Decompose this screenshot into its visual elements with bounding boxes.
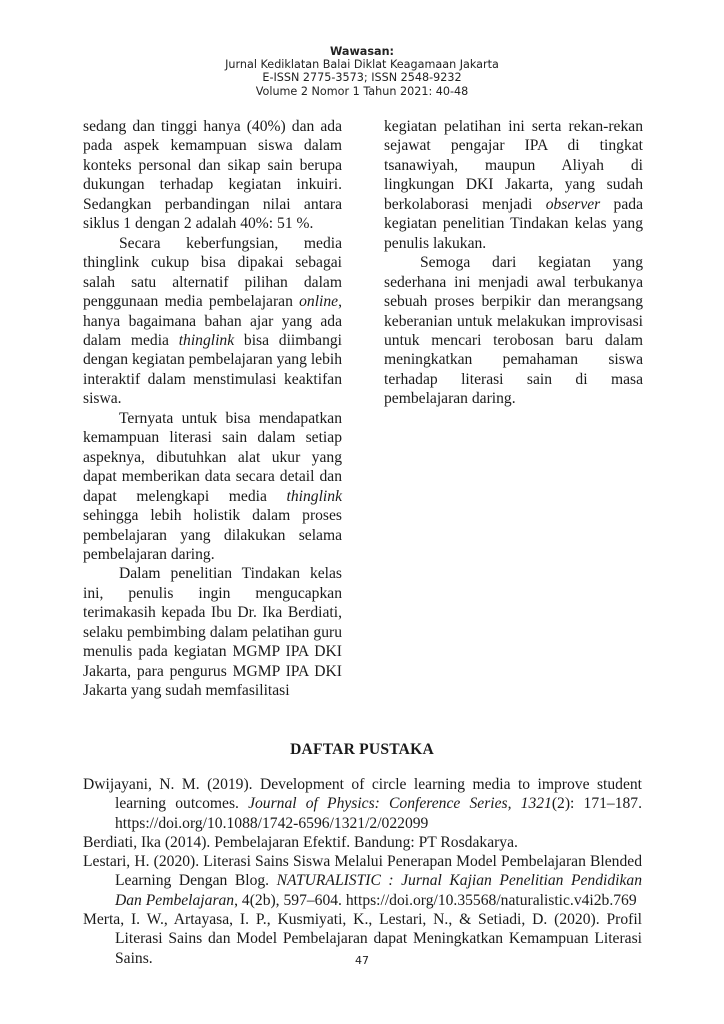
emphasis-thinglink: thinglink — [287, 488, 342, 505]
references-heading: DAFTAR PUSTAKA — [0, 741, 724, 759]
page-number: 47 — [0, 954, 724, 967]
references-list: Dwijayani, N. M. (2019). Development of … — [83, 775, 642, 968]
emphasis-observer: observer — [546, 196, 601, 213]
emphasis-thinglink: thinglink — [179, 332, 234, 349]
journal-header: Wawasan: Jurnal Kediklatan Balai Diklat … — [0, 45, 724, 98]
journal-name: Wawasan: — [0, 45, 724, 58]
journal-subtitle: Jurnal Kediklatan Balai Diklat Keagamaan… — [0, 58, 724, 71]
volume-line: Volume 2 Nomor 1 Tahun 2021: 40-48 — [0, 85, 724, 98]
reference-item: Dwijayani, N. M. (2019). Development of … — [83, 775, 642, 833]
paragraph-closing: Semoga dari kegiatan yang sederhana ini … — [384, 253, 643, 409]
paragraph-acknowledgement-continuation: kegiatan pelatihan ini serta rekan-rekan… — [384, 117, 643, 253]
paragraph-measurement: Ternyata untuk bisa mendapatkan kemampua… — [83, 409, 342, 565]
right-column: kegiatan pelatihan ini serta rekan-rekan… — [384, 117, 643, 409]
paragraph-results-continuation: sedang dan tinggi hanya (40%) dan ada pa… — [83, 117, 342, 234]
reference-item: Lestari, H. (2020). Literasi Sains Siswa… — [83, 852, 642, 910]
issn-line: E-ISSN 2775-3573; ISSN 2548-9232 — [0, 71, 724, 84]
paragraph-acknowledgement: Dalam penelitian Tindakan kelas ini, pen… — [83, 564, 342, 700]
emphasis-online: online — [299, 293, 338, 310]
reference-item: Berdiati, Ika (2014). Pembelajaran Efekt… — [83, 833, 642, 852]
paragraph-functionality: Secara keberfungsian, media thinglink cu… — [83, 234, 342, 409]
document-page: Wawasan: Jurnal Kediklatan Balai Diklat … — [0, 0, 724, 1024]
left-column: sedang dan tinggi hanya (40%) dan ada pa… — [83, 117, 342, 701]
